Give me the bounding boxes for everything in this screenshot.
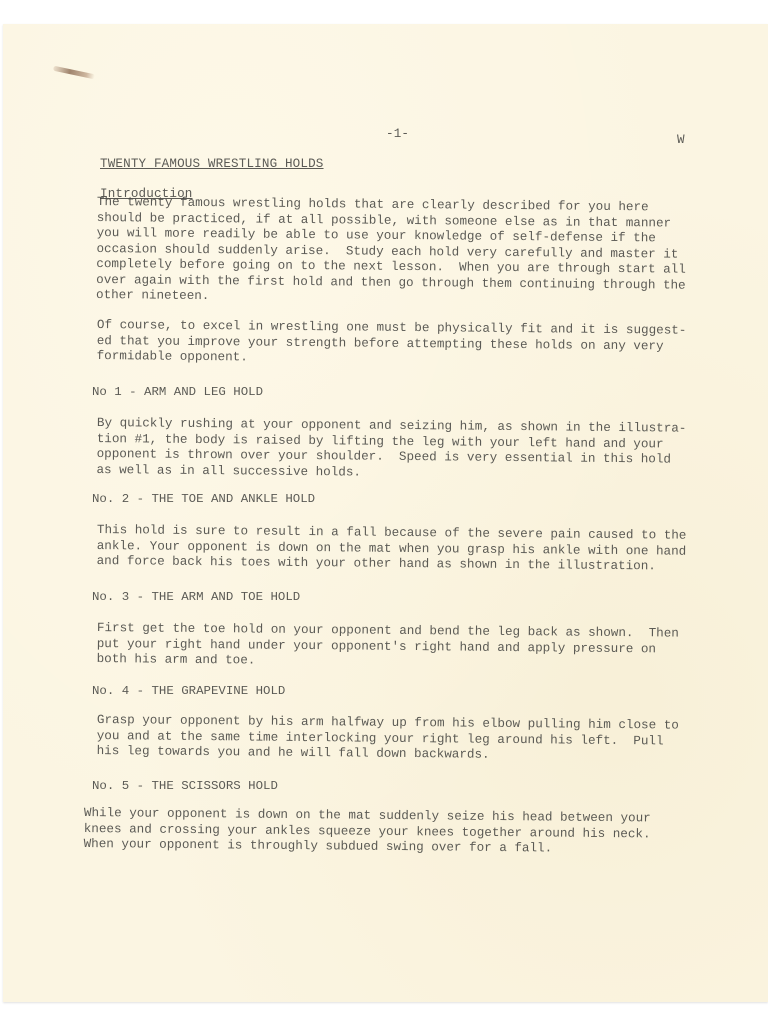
staple-rust-mark: [53, 66, 95, 80]
hold-5-text: While your opponent is down on the mat s…: [84, 806, 694, 858]
corner-mark: W: [677, 133, 685, 147]
hold-1-heading: No 1 - ARM AND LEG HOLD: [92, 385, 263, 399]
hold-2-heading: No. 2 - THE TOE AND ANKLE HOLD: [92, 492, 315, 506]
hold-3-text: First get the toe hold on your opponent …: [97, 621, 707, 673]
intro-paragraph-2: Of course, to excel in wrestling one mus…: [97, 318, 707, 370]
intro-paragraph-1: The twenty famous wrestling holds that a…: [96, 195, 707, 309]
hold-3-heading: No. 3 - THE ARM AND TOE HOLD: [92, 590, 300, 604]
document-title: TWENTY FAMOUS WRESTLING HOLDS: [100, 157, 324, 171]
document-page: -1- W TWENTY FAMOUS WRESTLING HOLDS Intr…: [3, 24, 768, 1002]
page-number: -1-: [386, 127, 409, 141]
hold-2-text: This hold is sure to result in a fall be…: [97, 523, 707, 575]
hold-1-text: By quickly rushing at your opponent and …: [96, 416, 707, 484]
hold-5-heading: No. 5 - THE SCISSORS HOLD: [92, 779, 278, 793]
hold-4-text: Grasp your opponent by his arm halfway u…: [97, 713, 707, 765]
hold-4-heading: No. 4 - THE GRAPEVINE HOLD: [92, 684, 285, 698]
